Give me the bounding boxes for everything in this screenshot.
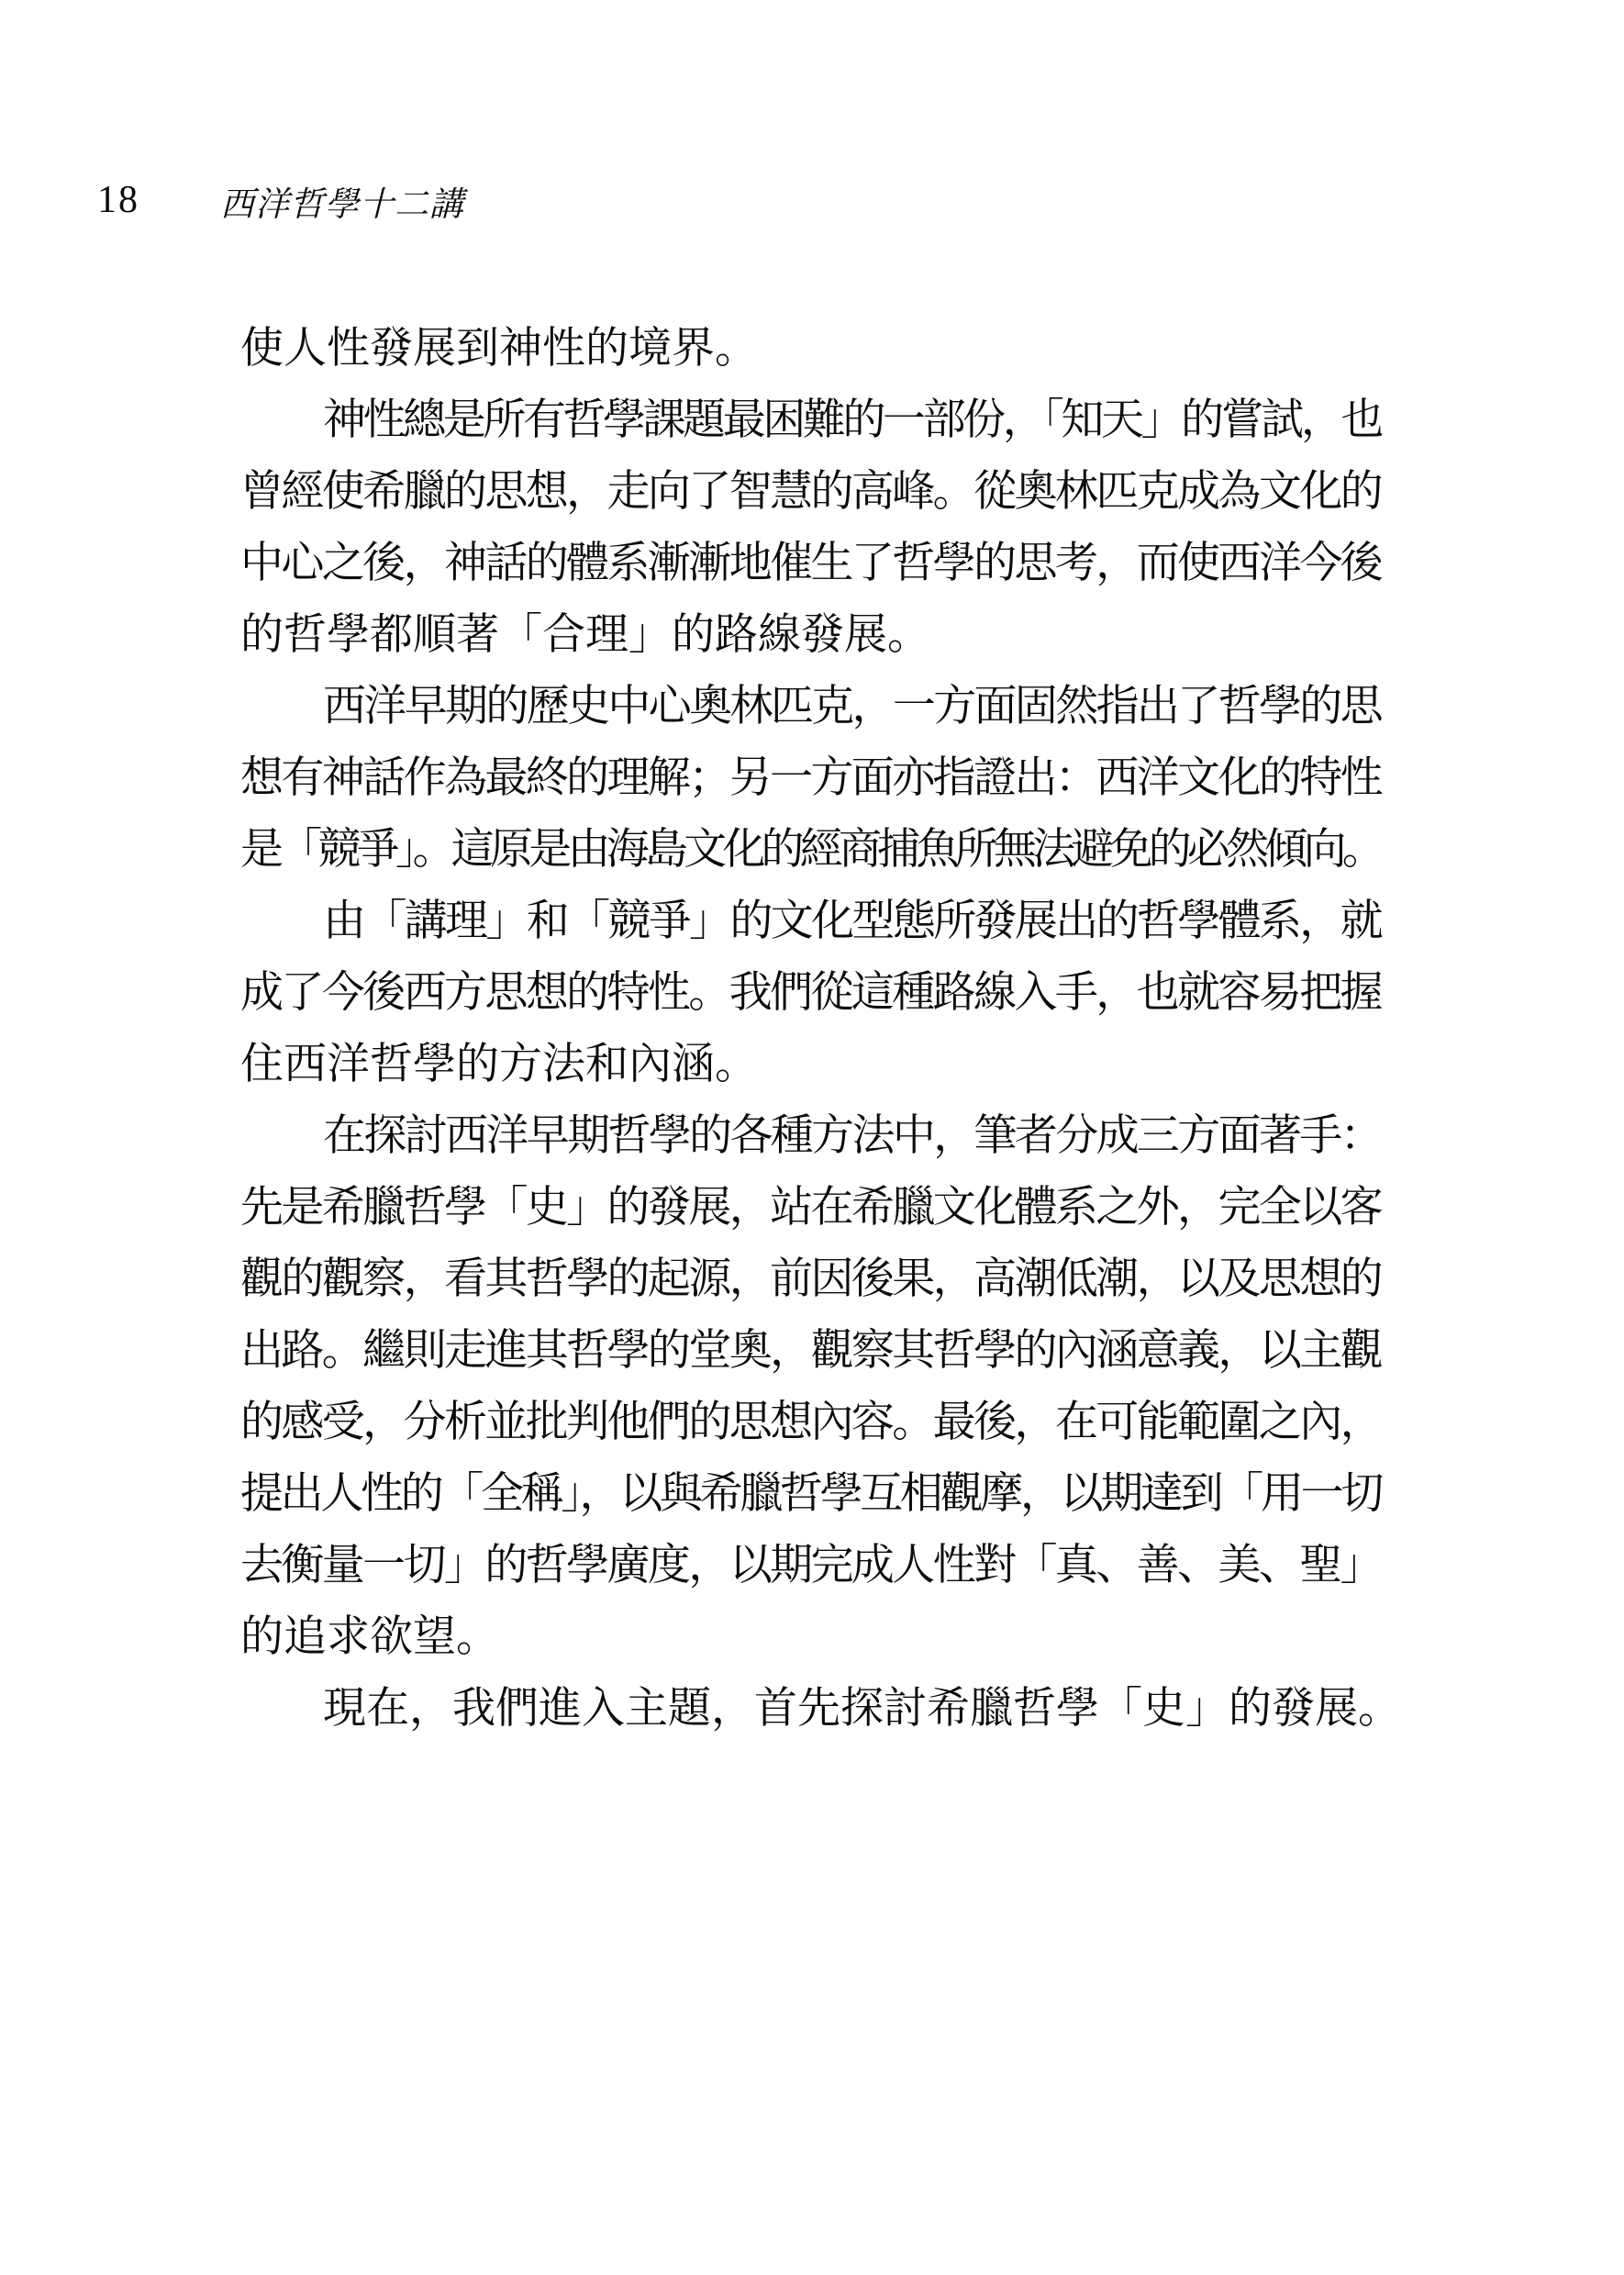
text-line-content: 先是希臘哲學「史」的發展，站在希臘文化體系之外，完全以客	[240, 1184, 1381, 1232]
text-line-content: 的哲學都順著「合理」的路線發展。	[240, 611, 930, 659]
text-line-content: 使人性發展到神性的境界。	[240, 325, 758, 373]
body-text: 使人性發展到神性的境界。神性總是所有哲學課題最困難的一部份，「知天」的嘗試，也曾…	[240, 313, 1381, 1745]
text-line-content: 神性總是所有哲學課題最困難的一部份，「知天」的嘗試，也	[323, 396, 1381, 444]
text-line: 住西洋哲學的方法和內涵。	[240, 1029, 1381, 1100]
running-head: 西洋哲學十二講	[220, 176, 464, 226]
text-line: 出路。繼則走進其哲學的堂奧，觀察其哲學的內涵意義，以主觀	[240, 1315, 1381, 1387]
text-line: 的哲學都順著「合理」的路線發展。	[240, 599, 1381, 671]
text-line-content: 曾經使希臘的思想，走向了智慧的高峰。從奧林匹克成為文化的	[240, 468, 1381, 516]
text-line: 使人性發展到神性的境界。	[240, 313, 1381, 385]
text-line: 中心之後，神話的體系漸漸地催生了哲學的思考，而使西洋今後	[240, 528, 1381, 599]
text-line-content: 住西洋哲學的方法和內涵。	[240, 1041, 758, 1088]
text-line-content: 觀的觀察，看其哲學的起源，前因後果，高潮低潮，以及思想的	[240, 1255, 1381, 1303]
text-line-content: 由「講理」和「競爭」的文化型態所發展出的哲學體系，就	[323, 898, 1381, 945]
text-line: 提出人性的「全稱」，以與希臘哲學互相觀摩，以期達到「用一切	[240, 1458, 1381, 1530]
text-line-content: 的感受，分析並批判他們的思想內容。最後，在可能範圍之內，	[240, 1399, 1381, 1446]
book-page: 18 西洋哲學十二講 使人性發展到神性的境界。神性總是所有哲學課題最困難的一部份…	[0, 0, 1624, 2275]
text-line: 西洋早期的歷史中心奧林匹克，一方面固然指出了哲學的思	[240, 671, 1381, 742]
text-line: 去衡量一切」的哲學廣度，以期完成人性對「真、善、美、聖」	[240, 1530, 1381, 1601]
text-line: 成了今後西方思想的特性。我們從這種路線入手，也就容易把握	[240, 957, 1381, 1029]
text-line-content: 成了今後西方思想的特性。我們從這種路線入手，也就容易把握	[240, 969, 1381, 1017]
text-line: 神性總是所有哲學課題最困難的一部份，「知天」的嘗試，也	[240, 385, 1381, 456]
text-line: 先是希臘哲學「史」的發展，站在希臘文化體系之外，完全以客	[240, 1172, 1381, 1243]
text-line-content: 想有神話作為最終的理解；另一方面亦指證出：西洋文化的特性	[240, 754, 1381, 802]
text-line-content: 中心之後，神話的體系漸漸地催生了哲學的思考，而使西洋今後	[240, 540, 1381, 587]
text-line: 是「競爭」。這原是由海島文化的經商捕魚所無法避免的必然傾向。	[240, 814, 1381, 886]
text-line: 的追求欲望。	[240, 1601, 1381, 1673]
text-line-content: 西洋早期的歷史中心奧林匹克，一方面固然指出了哲學的思	[323, 683, 1381, 730]
text-line-content: 現在，我們進入主題，首先探討希臘哲學「史」的發展。	[323, 1685, 1401, 1733]
text-line: 由「講理」和「競爭」的文化型態所發展出的哲學體系，就	[240, 886, 1381, 957]
text-line: 曾經使希臘的思想，走向了智慧的高峰。從奧林匹克成為文化的	[240, 456, 1381, 528]
text-line-content: 去衡量一切」的哲學廣度，以期完成人性對「真、善、美、聖」	[240, 1542, 1381, 1589]
text-line-content: 提出人性的「全稱」，以與希臘哲學互相觀摩，以期達到「用一切	[240, 1470, 1381, 1518]
text-line: 想有神話作為最終的理解；另一方面亦指證出：西洋文化的特性	[240, 742, 1381, 814]
text-line-content: 是「競爭」。這原是由海島文化的經商捕魚所無法避免的必然傾向。	[240, 826, 1381, 874]
text-line: 現在，我們進入主題，首先探討希臘哲學「史」的發展。	[240, 1673, 1381, 1745]
text-line-content: 的追求欲望。	[240, 1613, 499, 1661]
page-number: 18	[97, 178, 139, 222]
text-line: 觀的觀察，看其哲學的起源，前因後果，高潮低潮，以及思想的	[240, 1243, 1381, 1315]
text-line-content: 出路。繼則走進其哲學的堂奧，觀察其哲學的內涵意義，以主觀	[240, 1327, 1381, 1375]
text-line-content: 在探討西洋早期哲學的各種方法中，筆者分成三方面著手：	[323, 1112, 1381, 1160]
text-line: 的感受，分析並批判他們的思想內容。最後，在可能範圍之內，	[240, 1387, 1381, 1458]
text-line: 在探討西洋早期哲學的各種方法中，筆者分成三方面著手：	[240, 1100, 1381, 1172]
